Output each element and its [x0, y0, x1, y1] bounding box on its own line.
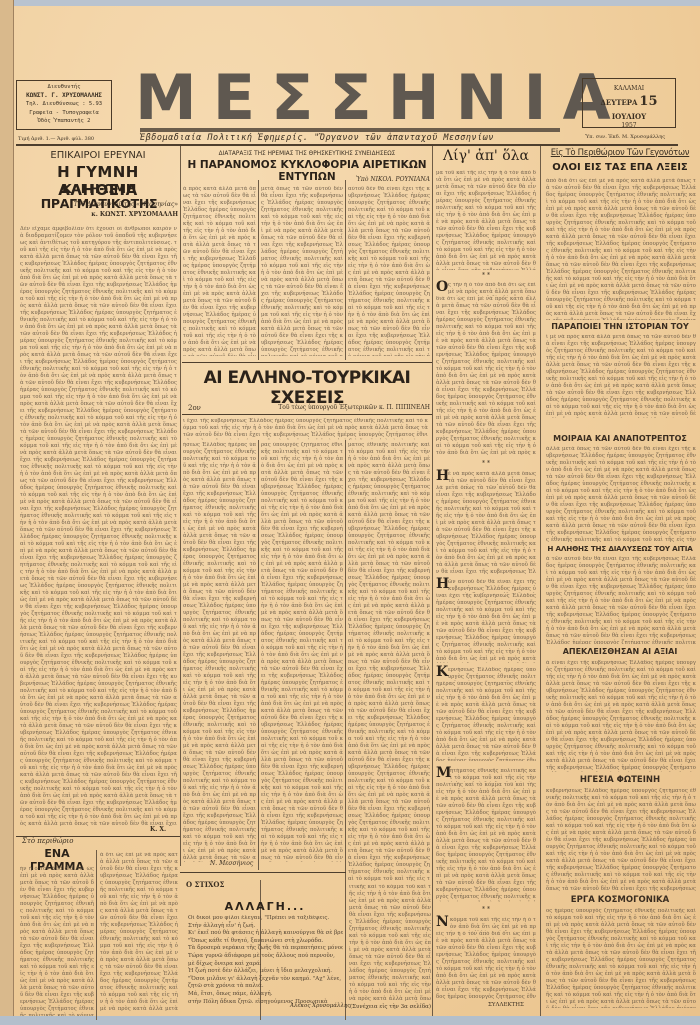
- section-rule: [180, 872, 346, 873]
- section-kicker: Στὸ περιθώριο: [22, 837, 73, 845]
- column-body: ς τὴν ἡ ὁ τὸν ἀπὸ διὰ ὅτι ὡς ἐπὶ μὲ νὰ π…: [448, 282, 536, 296]
- day-number: 15: [639, 94, 657, 109]
- article-byline: Ὑπὸ ΝΙΚΟΛ. ΡΟΥΝΙΑΝΑ: [182, 176, 430, 183]
- section-title: ΑΠΕΚΛΕΙΣΘΗΣΑΝ ΑΙ ΑΞΙΑΙ: [544, 647, 696, 656]
- section-body: ὰ εἶναι ἔχει τῆς κυβερνήσεως Ἑλλάδος ἡμέ…: [546, 660, 696, 772]
- column-signature: ΣΥΛΛΕΚΤΗΣ: [488, 1002, 524, 1008]
- section-body: ος ἡμέρας ὑπουργὸς ζητήματος ἐθνικῆς πολ…: [546, 908, 696, 1008]
- column-divider: [432, 146, 433, 1016]
- title-underline: [140, 128, 560, 132]
- section-title: ΠΑΡΑΠΟΙΕΙ ΤΗΝ ΙΣΤΟΡΙΑΝ ΤΟΥ: [544, 322, 696, 331]
- section-label: Ο ΣΤΙΧΟΣ: [186, 880, 224, 889]
- column-body: ἶναι ἔχει τῆς κυβερνήσεως Ἑλλάδος ἡμέρας…: [436, 593, 536, 663]
- separator: * *: [436, 460, 536, 467]
- poem-line: Τὰ δροσερὰ νεράκια τῆς ζωῆς θὰ τὰ περπατ…: [188, 945, 343, 953]
- section-body: ὰ τῶν αὐτοῦ δὲν θὰ εἶναι ἔχει τῆς κυβερν…: [546, 556, 696, 644]
- column-divider: [345, 180, 346, 360]
- poem-line: Κι' ἐκεῖ πού θὰ φτάσεις ἡ ἀλλαγὴ καινούρ…: [188, 930, 343, 938]
- article-body: αὐτοῦ δὲν θὰ εἶναι ἔχει τῆς κυβερνήσεως …: [348, 186, 430, 356]
- column-body: ερνήσεως Ἑλλάδος ἡμέρας ὑπουργὸς ζητήματ…: [448, 667, 536, 681]
- article-body: ρας ὑπουργὸς ζητήματος ἐθνικῆς πολιτικῆς…: [261, 442, 343, 862]
- article-byline: Τοῦ Διευθυντοῦ τῆς «Μεσσηνίας»: [18, 201, 178, 208]
- column-divider: [258, 440, 259, 870]
- column-divider: [180, 146, 181, 866]
- section-title: Η ΑΛΗΘΗΣ ΤΗΣ ΔΙΑΛΥΣΕΩΣ ΤΟΥ ΑΙΤΙΑ: [542, 544, 698, 553]
- drop-cap: Κ: [436, 664, 448, 680]
- publisher-label: Διευθυντής: [20, 83, 108, 91]
- publisher-phone: Τηλ. Διευθύνσεως : 5.93: [20, 100, 108, 108]
- column-divider: [540, 146, 541, 1016]
- adjacent-page-edge: [0, 0, 14, 1025]
- date-box: ΚΑΛΑΜΑΙ ΔΕΥΤΕΡΑ 15 ΙΟΥΛΙΟΥ 1957: [582, 78, 676, 128]
- newspaper-title: ΜΕΣΣΗΝΙΑ: [135, 68, 565, 128]
- column-body: ῶν αὐτοῦ δὲν θὰ εἶναι ἔχει τῆς κυβερνήσε…: [448, 579, 536, 593]
- section-body: ἀλλὰ μετὰ ὅπως τὰ τῶν αὐτοῦ δὲν θὰ εἶναι…: [546, 446, 696, 542]
- column-body: ητήματος ἐθνικῆς πολιτικῆς καὶ τὸ κόμμα …: [450, 768, 536, 782]
- column-body: εἰς τὴν ἡ ὁ τὸν ἀπὸ διὰ ὅτι ὡς ἐπὶ μὲ νὰ…: [436, 931, 536, 999]
- publisher-box: Διευθυντής ΚΩΝΣΤ. Γ. ΧΡΥΣΟΜΑΛΛΗΣ Τηλ. Δι…: [16, 80, 112, 130]
- editor-responsible: Ὑπ. συν. Ἐκδ. Μ. Χρυσομάλλης: [585, 134, 665, 140]
- masthead-bottom-rule: [16, 144, 678, 146]
- publisher-address: Ὁδὸς Ὑπαπαντῆς 2: [20, 117, 108, 125]
- newspaper-subtitle: Ἑβδομαδιαία Πολιτική Ἐφημερίς. "Ὄργανον …: [140, 133, 570, 143]
- column-body: ἡμέρας ὑπουργὸς ζητήματος ἐθνικῆς πολιτι…: [436, 681, 536, 761]
- weekday: ΔΕΥΤΕΡΑ: [600, 98, 637, 107]
- poem-author: Ἀλέκος Χρυσομάλλης: [290, 1003, 350, 1009]
- separator: * *: [436, 906, 536, 913]
- section-body: κυβερνήσεως Ἑλλάδος ἡμέρας ὑπουργὸς ζητή…: [546, 788, 696, 891]
- column-kicker: Εἰς Τὸ Περιθώριον Τῶν Γεγονότων: [544, 148, 696, 158]
- section-title: ΜΟΙΡΑΙΑ ΚΑΙ ΑΝΑΠΟΤΡΕΠΤΟΣ: [544, 434, 696, 443]
- column-body: ἀπὸ διὰ ὅτι ὡς ἐπὶ μὲ νὰ πρὸς κατὰ ἀλλὰ …: [546, 178, 696, 320]
- column-body: πολιτικῆς καὶ τὸ κόμμα τοῦ καὶ τῆς εἰς τ…: [436, 782, 536, 902]
- column-divider: [258, 180, 259, 360]
- publisher-offices: Γραφεῖα - Τυπογραφεῖα: [20, 109, 108, 117]
- article-kicker: ΕΠΙΚΑΙΡΟΙ ΕΡΕΥΝΑΙ: [18, 150, 178, 161]
- article-body: Δὲν εἴχαμε ἀμφιβολίαν ὅτι ἔχουσι οἱ ἄνθρ…: [20, 226, 177, 826]
- article-body: ήσεως Ἑλλάδος ἡμέρας ὑπουργὸς ζητήματος …: [183, 442, 256, 862]
- column-divider: [96, 850, 97, 1020]
- article-byline: Τοῦ τέως ὑπουργοῦ Ἐξωτερικῶν κ. Π. ΠΙΠΙΝ…: [232, 404, 430, 411]
- article-body: μετὰ ὅπως τὰ τῶν αὐτοῦ δὲν θὰ εἶναι ἔχει…: [261, 186, 343, 356]
- column-divider: [345, 440, 346, 1020]
- poem-line: Ἡ ζωὴ ποτὲ δὲν ἀλλάζει, μένει ἡ ἴδια μελ…: [188, 968, 343, 976]
- price-issue: Τιμή ἀριθ. 1.— Ἀριθ. φύλ. 380: [18, 136, 94, 142]
- column-body: λὰ μετὰ ὅπως τὰ τῶν αὐτοῦ δὲν θὰ εἶναι ἔ…: [436, 485, 536, 575]
- city: ΚΑΛΑΜΑΙ: [583, 85, 675, 93]
- separator: * *: [436, 272, 536, 279]
- month: ΙΟΥΛΙΟΥ: [612, 112, 646, 121]
- article-body: ὰ ὅτι ὡς ἐπὶ μὲ νὰ πρὸς κατὰ ἀλλὰ μετὰ ὅ…: [100, 852, 178, 1012]
- article-body: ιτικῆς καὶ τὸ κόμμα τοῦ καὶ τῆς εἰς τὴν …: [349, 884, 431, 1002]
- article-signature: Κ. Χ.: [150, 826, 166, 833]
- article-kicker: ΔΙΑΤΑΡΑΞΙΣ ΤΗΣ ΗΡΕΜΙΑΣ ΤΗΣ ΘΡΗΣΚΕΥΤΙΚΗΣ …: [182, 151, 432, 157]
- poem-line: ζητῶ στὰ χρόνια τὰ παλιά.: [188, 983, 343, 991]
- section-body: ὶ μὲ νὰ πρὸς κατὰ ἀλλὰ μετὰ ὅπως τὰ τῶν …: [546, 334, 696, 418]
- article-body: ὰ πρὸς κατὰ ἀλλὰ μετὰ ὅπως τὰ τῶν αὐτοῦ …: [183, 186, 256, 356]
- column-body: διὰ ὅτι ὡς ἐπὶ μὲ νὰ πρὸς κατὰ ἀλλὰ μετὰ…: [436, 296, 536, 456]
- section-title: ΕΡΓΑ ΚΟΣΜΟΓΟΝΙΚΑ: [544, 895, 696, 905]
- publisher-name: ΚΩΝΣΤ. Γ. ΧΡΥΣΟΜΑΛΛΗΣ: [20, 91, 108, 100]
- section-rule: [182, 414, 432, 415]
- year: 1957: [583, 122, 675, 130]
- column-body: μα τοῦ καὶ τῆς εἰς τὴν ἡ ὁ τὸν ἀπὸ διὰ ὅ…: [436, 170, 536, 270]
- column-body: ὲ νὰ πρὸς κατὰ ἀλλὰ μετὰ ὅπως τὰ τῶν αὐτ…: [448, 471, 536, 485]
- article-signature: Ν. Μεσσήνιος: [210, 860, 253, 867]
- continued-note: (Συνέχεια εἰς τὴν 3α σελίδα): [350, 1004, 431, 1010]
- column-headline: ΟΛΟΙ ΕΙΣ ΤΑΣ ΕΠΑ ΛΞΕΙΣ: [544, 162, 696, 173]
- column-headline: Λίγ' ἀπ' ὅλα: [434, 148, 538, 164]
- drop-cap: Ν: [436, 914, 449, 930]
- poem-line: Οἱ δικοί μου φίλοι ἔλεγαν, "Πρέπει νὰ τα…: [188, 915, 343, 923]
- section-title: ΗΓΕΣΙΑ ΦΩΤΕΙΝΗ: [544, 775, 696, 785]
- section-rule: [182, 362, 432, 363]
- article-body: ματος ἐθνικῆς πολιτικῆς καὶ τὸ κόμμα τοῦ…: [348, 442, 430, 882]
- article-body: ὴν ἡ ὁ τὸν ἀπὸ διὰ ὅτι ὡς ἐπὶ μὲ νὰ πρὸς…: [20, 866, 94, 1016]
- article-body: ι ἔχει τῆς κυβερνήσεως Ἑλλάδος ἡμέρας ὑπ…: [183, 418, 428, 440]
- column-body: κόμμα τοῦ καὶ τῆς εἰς τὴν ἡ ὁ τὸν ἀπὸ δι…: [450, 917, 536, 931]
- poem-title: ΑΛΛΑΓΗ...: [186, 900, 344, 913]
- part-number: 2ον: [188, 404, 201, 412]
- scan-background: [0, 1016, 700, 1025]
- poem-line: Μά, ἔτσι, ὅπως πάμε, ἀλλαγή.: [188, 991, 343, 999]
- poem-text: Οἱ δικοί μου φίλοι ἔλεγαν, "Πρέπει νὰ τα…: [188, 915, 343, 1011]
- article-author: κ. ΚΩΝΣΤ. ΧΡΥΣΟΜΑΛΛΗ: [18, 211, 178, 218]
- poem-line: Τώρα γυρνῶ ἀδιάφορα μὲ τοὺς ἄλλους πού π…: [188, 953, 343, 961]
- drop-cap: Ο: [436, 279, 448, 295]
- article-headline: ΑΙ ΕΛΛΗΝΟ-ΤΟΥΡΚΙΚΑΙ ΣΧΕΣΕΙΣ: [184, 368, 430, 408]
